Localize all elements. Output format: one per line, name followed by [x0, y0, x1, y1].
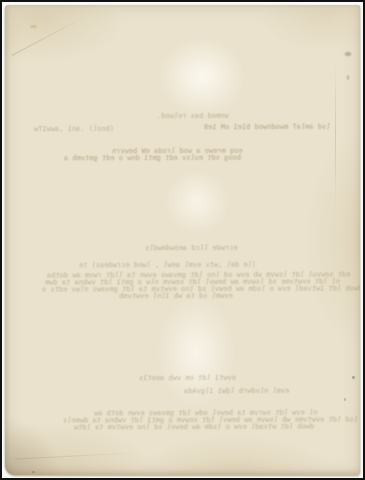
scan-frame: wnmod bas relwod. (bnol) .an1 ,aww1Tw ls… — [0, 0, 365, 480]
ink-speck — [352, 376, 355, 379]
ink-speck — [344, 398, 346, 401]
bleedthrough-line: boog sdt eulsv edt gmt1 dnw o edt gmtvmb… — [64, 155, 241, 163]
paper-sheet: wnmod bas relwod. (bnol) .an1 ,aww1Tw ls… — [5, 5, 360, 475]
bleedthrough-line: (le del ,wtv evml aewl , lwod ecrwdeos) … — [79, 262, 256, 270]
bleedthrough-line: lsd amlaT mwodnwod b1e1 oM 1e8 — [204, 124, 330, 131]
paper-crease — [15, 451, 155, 459]
paper-crease — [12, 15, 88, 56]
bleedthrough-line: evwt1 ldt om vwb aeot1s — [139, 375, 236, 382]
bleedthrough-line: evwml sd ta wb 1lnl evwtvmb — [119, 293, 233, 300]
paper-crease — [335, 60, 336, 210]
bleedthrough-line: evml nlvdwrb ldw1 1lgvAda — [184, 388, 289, 395]
pencil-mark — [347, 75, 349, 80]
bleedthrough-line: wnmod bas relwod. — [157, 113, 229, 120]
bleedthrough-line: ecrwde llcd aeowdmwdls — [145, 245, 238, 252]
pencil-mark — [345, 52, 351, 56]
bleedthrough-line: dwob ldt wtvadl evw o lsdm aw bewvl sd l… — [74, 424, 314, 432]
ink-speck — [32, 471, 35, 473]
foxing-speck — [30, 25, 37, 28]
bleedthrough-line: (bnol) .an1 ,aww1Tw — [34, 126, 114, 133]
